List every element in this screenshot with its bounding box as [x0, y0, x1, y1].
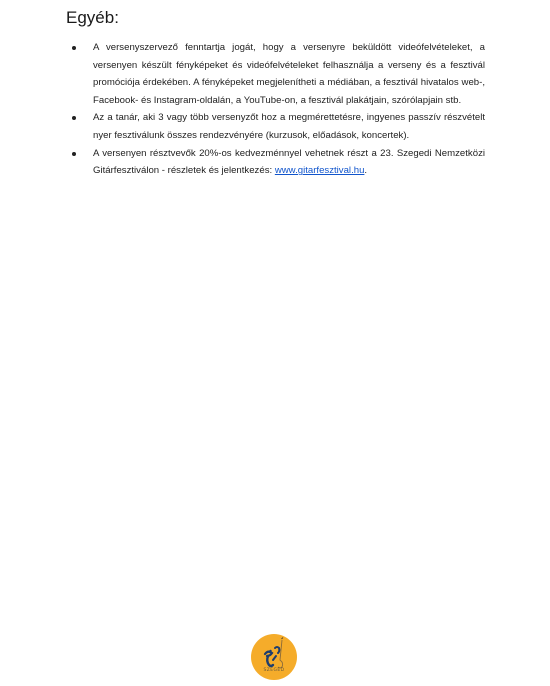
- document-page: Egyéb: A versenyszervező fenntartja jogá…: [0, 0, 550, 686]
- bullet-icon: [72, 46, 76, 50]
- festival-website-link[interactable]: www.gitarfesztival.hu: [275, 165, 365, 176]
- list-item: A versenyszervező fenntartja jogát, hogy…: [93, 39, 485, 109]
- list-item: Az a tanár, aki 3 vagy több versenyzőt h…: [93, 109, 485, 144]
- bullet-list: A versenyszervező fenntartja jogát, hogy…: [93, 39, 485, 180]
- bullet-icon: [72, 116, 76, 120]
- list-item: A versenyen résztvevők 20%-os kedvezménn…: [93, 145, 485, 180]
- guitar-festival-logo-icon: [251, 634, 297, 680]
- festival-logo: SZEGED: [251, 634, 297, 680]
- section-title: Egyéb:: [66, 7, 119, 29]
- list-item-text: Az a tanár, aki 3 vagy több versenyzőt h…: [93, 112, 485, 141]
- list-item-punctuation: .: [364, 165, 367, 176]
- logo-caption: SZEGED: [251, 668, 297, 673]
- list-item-text: A versenyszervező fenntartja jogát, hogy…: [93, 42, 485, 106]
- bullet-icon: [72, 152, 76, 156]
